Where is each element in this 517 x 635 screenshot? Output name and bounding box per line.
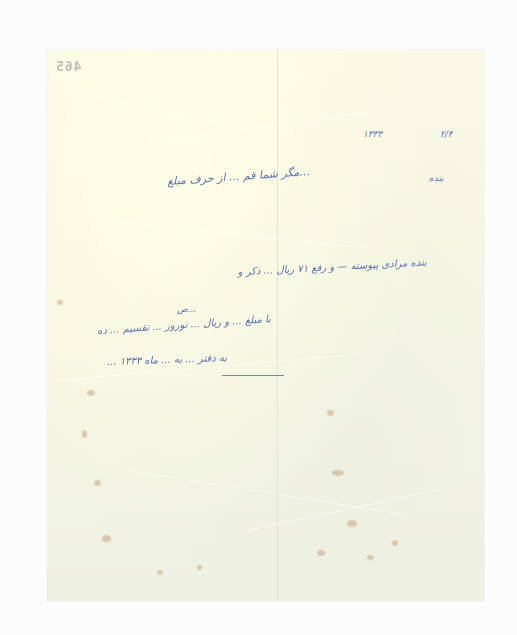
handwritten-line-3-superscript: ...ص xyxy=(177,305,196,315)
stain xyxy=(94,480,101,486)
stain xyxy=(102,535,111,542)
stain xyxy=(367,555,374,560)
stain xyxy=(347,520,357,527)
stain xyxy=(87,390,95,396)
salutation: بنده xyxy=(429,174,444,184)
date-year: ۱۳۳۳ xyxy=(363,130,382,140)
handwritten-line-1: …مگر شما قم ... از حرف مبلغ xyxy=(167,165,311,188)
crease xyxy=(127,470,404,515)
stain xyxy=(157,570,163,575)
stain xyxy=(82,430,87,438)
handwritten-line-3: با مبلغ ... و ریال ... نوروز ... تقسیم .… xyxy=(97,314,271,337)
crease xyxy=(107,220,366,248)
stain xyxy=(327,410,334,416)
stain xyxy=(57,300,63,305)
archive-stamp-number: 465 xyxy=(55,60,81,75)
stain xyxy=(197,565,202,570)
stain xyxy=(392,540,398,546)
date-day-month: ۲/۴ xyxy=(440,130,453,140)
crease xyxy=(67,90,243,128)
crease xyxy=(167,112,365,141)
document-page: 465 ۱۳۳۳ ۲/۴ بنده …مگر شما قم ... از حرف… xyxy=(47,50,484,601)
stain xyxy=(332,470,344,476)
vertical-fold xyxy=(277,50,278,601)
handwritten-line-2: بنده مرادی پیوسته — و رفع ۷۱ ریال ... ذک… xyxy=(97,257,427,285)
stain xyxy=(317,550,325,556)
ink-underline xyxy=(222,375,284,376)
